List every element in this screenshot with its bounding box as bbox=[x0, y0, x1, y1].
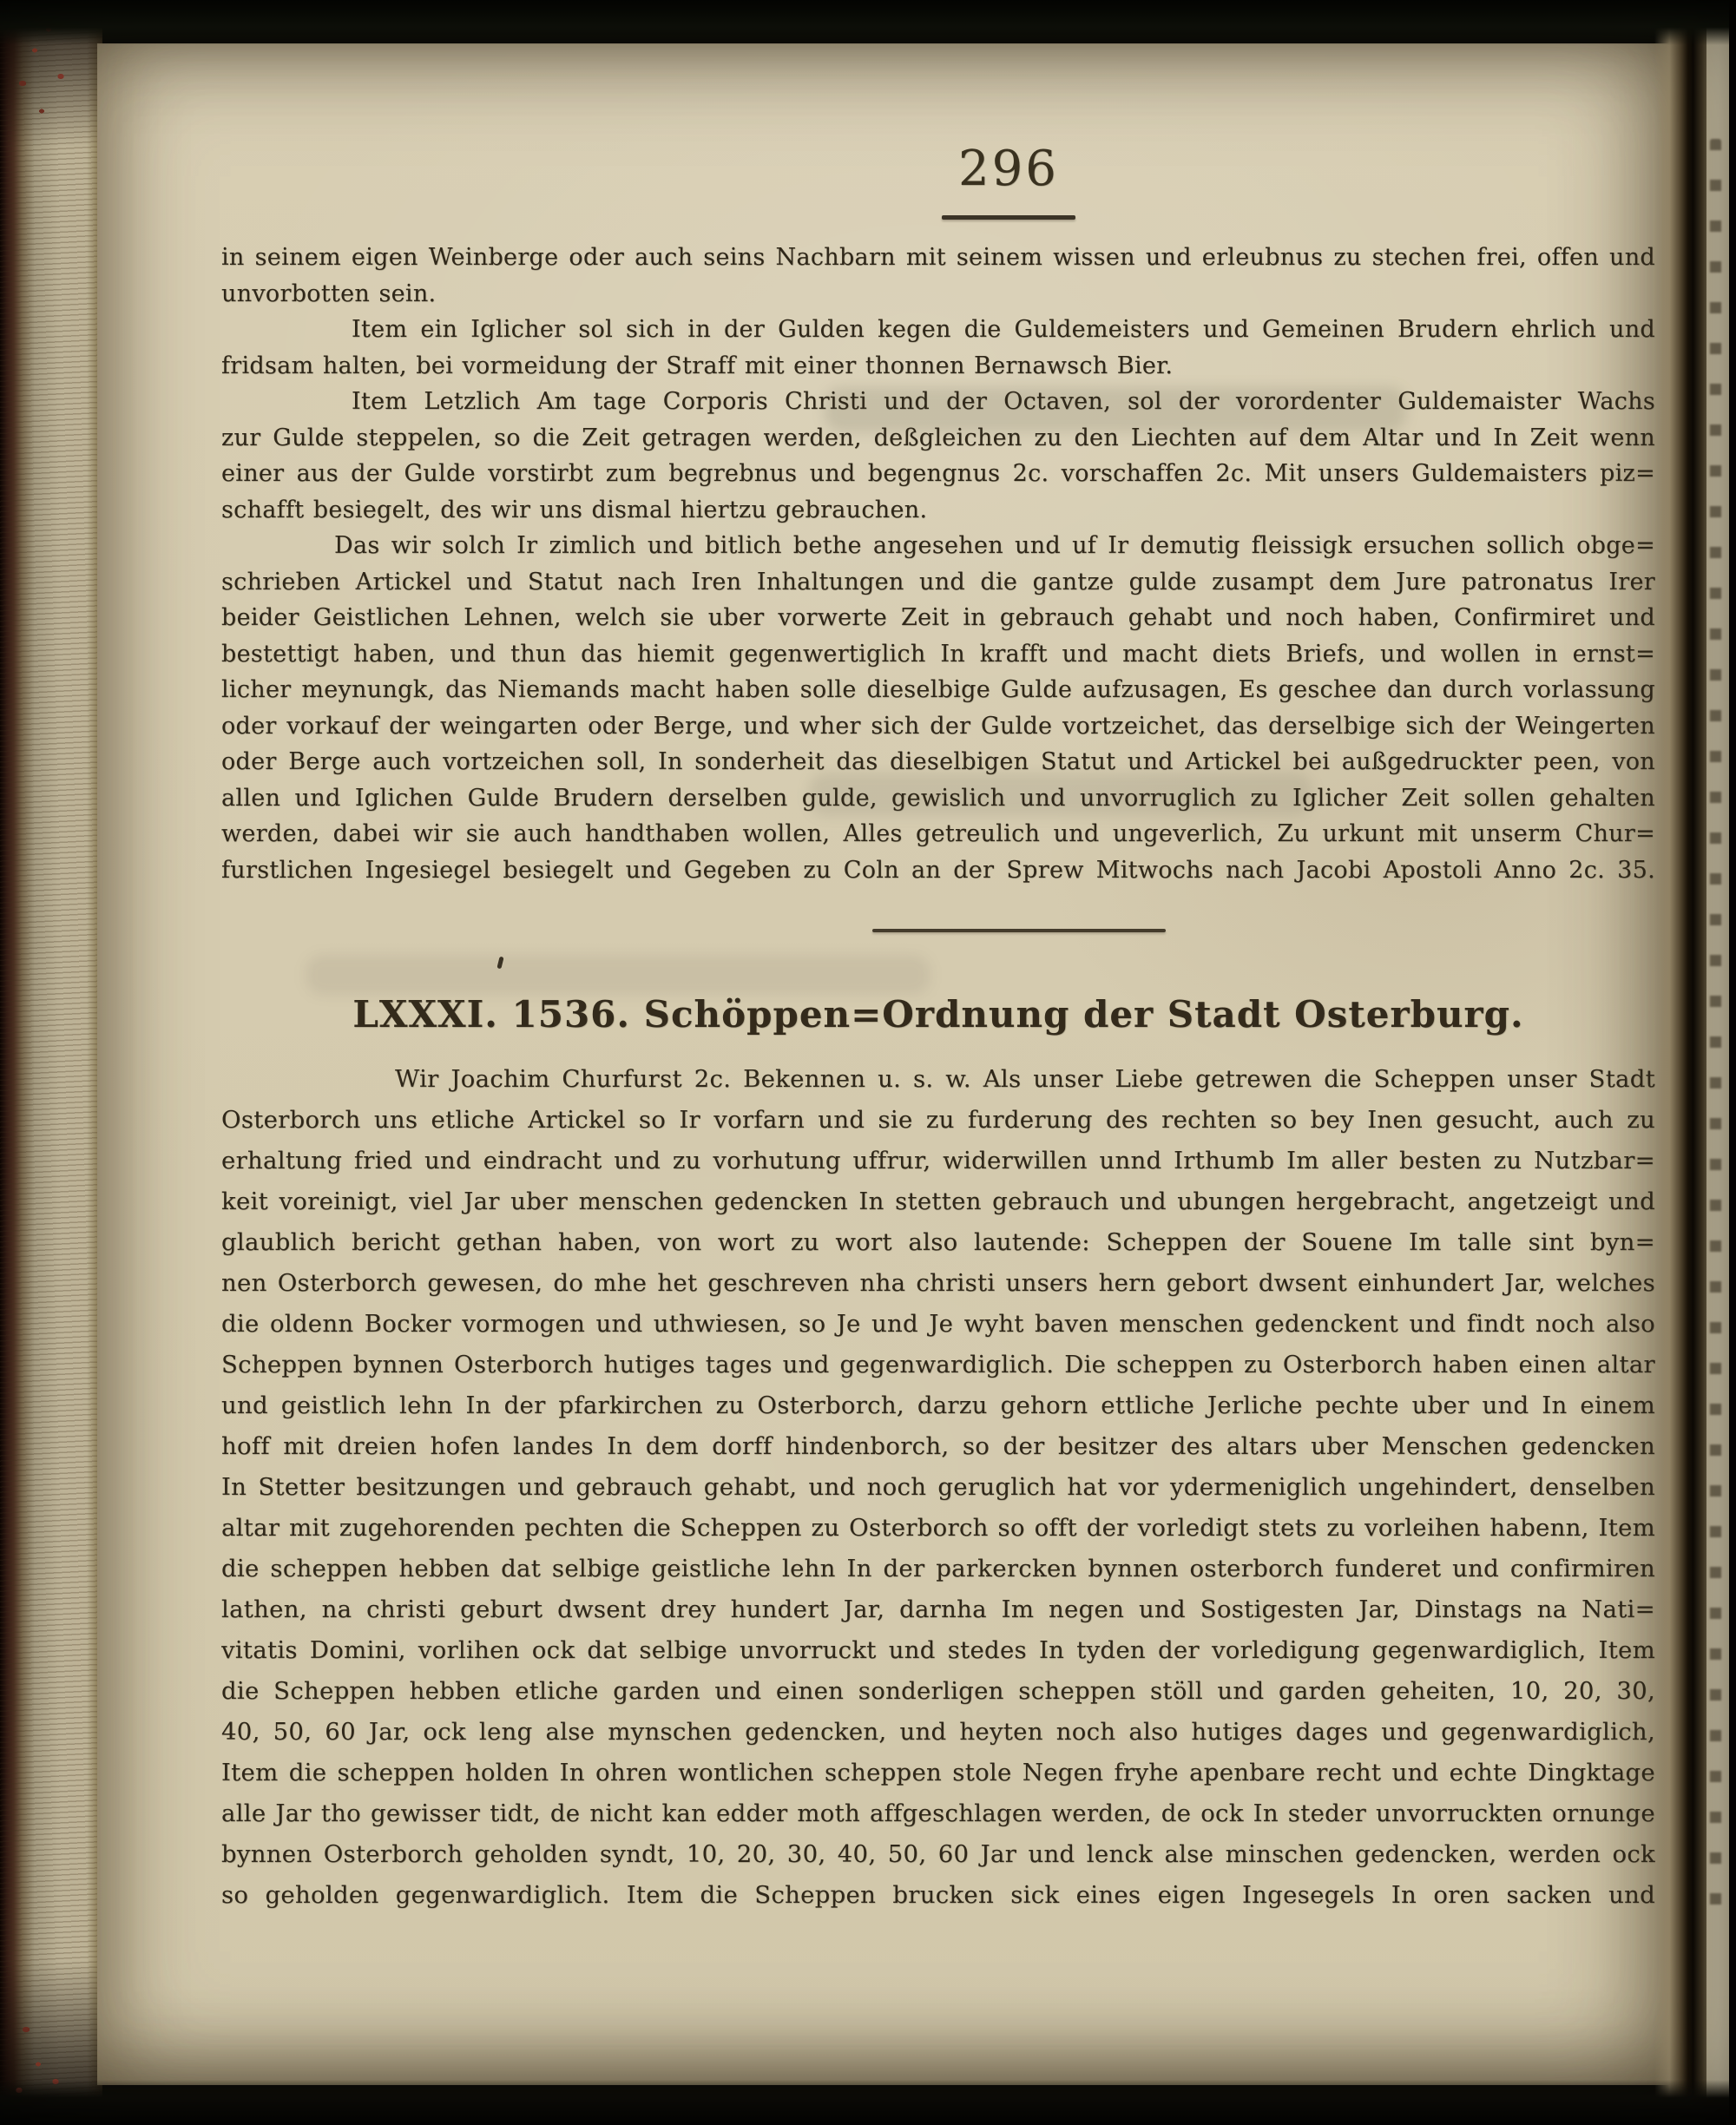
text-line: schrieben Artickel und Statut nach Iren … bbox=[221, 564, 1655, 601]
text-line: Item Letzlich Am tage Corporis Christi u… bbox=[221, 384, 1655, 420]
book-photo: 296 in seinem eigen Weinberge oder auch … bbox=[0, 0, 1736, 2125]
text-line: fridsam halten, bei vormeidung der Straf… bbox=[221, 348, 1655, 385]
text-line: die Scheppen hebben etliche garden und e… bbox=[221, 1671, 1655, 1712]
text-line: oder Berge auch vortzeichen soll, In son… bbox=[221, 744, 1655, 780]
text-line: so geholden gegenwardiglich. Item die Sc… bbox=[221, 1875, 1655, 1916]
photo-frame-top bbox=[0, 0, 1736, 45]
text-line: die oldenn Bocker vormogen und uthwiesen… bbox=[221, 1304, 1655, 1345]
text-line: vitatis Domini, vorlihen ock dat selbige… bbox=[221, 1630, 1655, 1671]
text-line: altar mit zugehorenden pechten die Schep… bbox=[221, 1508, 1655, 1549]
text-line: alle Jar tho gewisser tidt, de nicht kan… bbox=[221, 1793, 1655, 1834]
text-line: Wir Joachim Churfurst 2c. Bekennen u. s.… bbox=[221, 1059, 1655, 1100]
text-line: allen und Iglichen Gulde Brudern derselb… bbox=[221, 780, 1655, 817]
text-line: in seinem eigen Weinberge oder auch sein… bbox=[221, 240, 1655, 276]
text-line: beider Geistlichen Lehnen, welch sie ube… bbox=[221, 600, 1655, 636]
text-line: licher meynungk, das Niemands macht habe… bbox=[221, 672, 1655, 708]
section-divider bbox=[872, 929, 1166, 932]
text-line: lathen, na christi geburt dwsent drey hu… bbox=[221, 1589, 1655, 1630]
text-line: bestettigt haben, und thun das hiemit ge… bbox=[221, 636, 1655, 673]
text-line: die scheppen hebben dat selbige geistlic… bbox=[221, 1549, 1655, 1589]
book-page: 296 in seinem eigen Weinberge oder auch … bbox=[97, 43, 1672, 2085]
text-line: schafft besiegelt, des wir uns dismal hi… bbox=[221, 492, 1655, 529]
text-line: furstlichen Ingesiegel besiegelt und Geg… bbox=[221, 852, 1655, 889]
photo-frame-right bbox=[1729, 0, 1736, 2125]
document-section-2: Wir Joachim Churfurst 2c. Bekennen u. s.… bbox=[221, 1059, 1655, 1916]
section-heading: LXXXI. 1536. Schöppen=Ordnung der Stadt … bbox=[221, 993, 1655, 1036]
text-line: keit voreinigt, viel Jar uber menschen g… bbox=[221, 1181, 1655, 1222]
page-number-rule bbox=[942, 215, 1075, 220]
text-line: nen Osterborch gewesen, do mhe het gesch… bbox=[221, 1263, 1655, 1304]
document-section-1: in seinem eigen Weinberge oder auch sein… bbox=[221, 240, 1655, 888]
photo-frame-bottom bbox=[0, 2080, 1736, 2125]
text-line: werden, dabei wir sie auch handthaben wo… bbox=[221, 816, 1655, 852]
page-number: 296 bbox=[917, 141, 1100, 197]
text-line: Scheppen bynnen Osterborch hutiges tages… bbox=[221, 1345, 1655, 1385]
left-page-edges bbox=[0, 0, 102, 2125]
text-line: erhaltung fried und eindracht und zu vor… bbox=[221, 1141, 1655, 1181]
text-line: In Stetter besitzungen und gebrauch geha… bbox=[221, 1467, 1655, 1508]
text-line: und geistlich lehn In der pfarkirchen zu… bbox=[221, 1385, 1655, 1426]
text-line: unvorbotten sein. bbox=[221, 276, 1655, 312]
text-line: Item ein Iglicher sol sich in der Gulden… bbox=[221, 312, 1655, 348]
text-line: hoff mit dreien hofen landes In dem dorf… bbox=[221, 1426, 1655, 1467]
text-line: Osterborch uns etliche Artickel so Ir vo… bbox=[221, 1100, 1655, 1141]
text-line: Item die scheppen holden In ohren wontli… bbox=[221, 1753, 1655, 1793]
text-line: bynnen Osterborch geholden syndt, 10, 20… bbox=[221, 1834, 1655, 1875]
text-line: oder vorkauf der weingarten oder Berge, … bbox=[221, 708, 1655, 745]
text-line: glaublich bericht gethan haben, von wort… bbox=[221, 1222, 1655, 1263]
text-line: zur Gulde steppelen, so die Zeit getrage… bbox=[221, 420, 1655, 457]
ink-bleed bbox=[306, 955, 930, 995]
text-line: 40, 50, 60 Jar, ock leng alse mynschen g… bbox=[221, 1712, 1655, 1753]
spine-gutter bbox=[1654, 0, 1708, 2125]
text-line: Das wir solch Ir zimlich und bitlich bet… bbox=[221, 528, 1655, 564]
text-line: einer aus der Gulde vorstirbt zum begreb… bbox=[221, 456, 1655, 492]
